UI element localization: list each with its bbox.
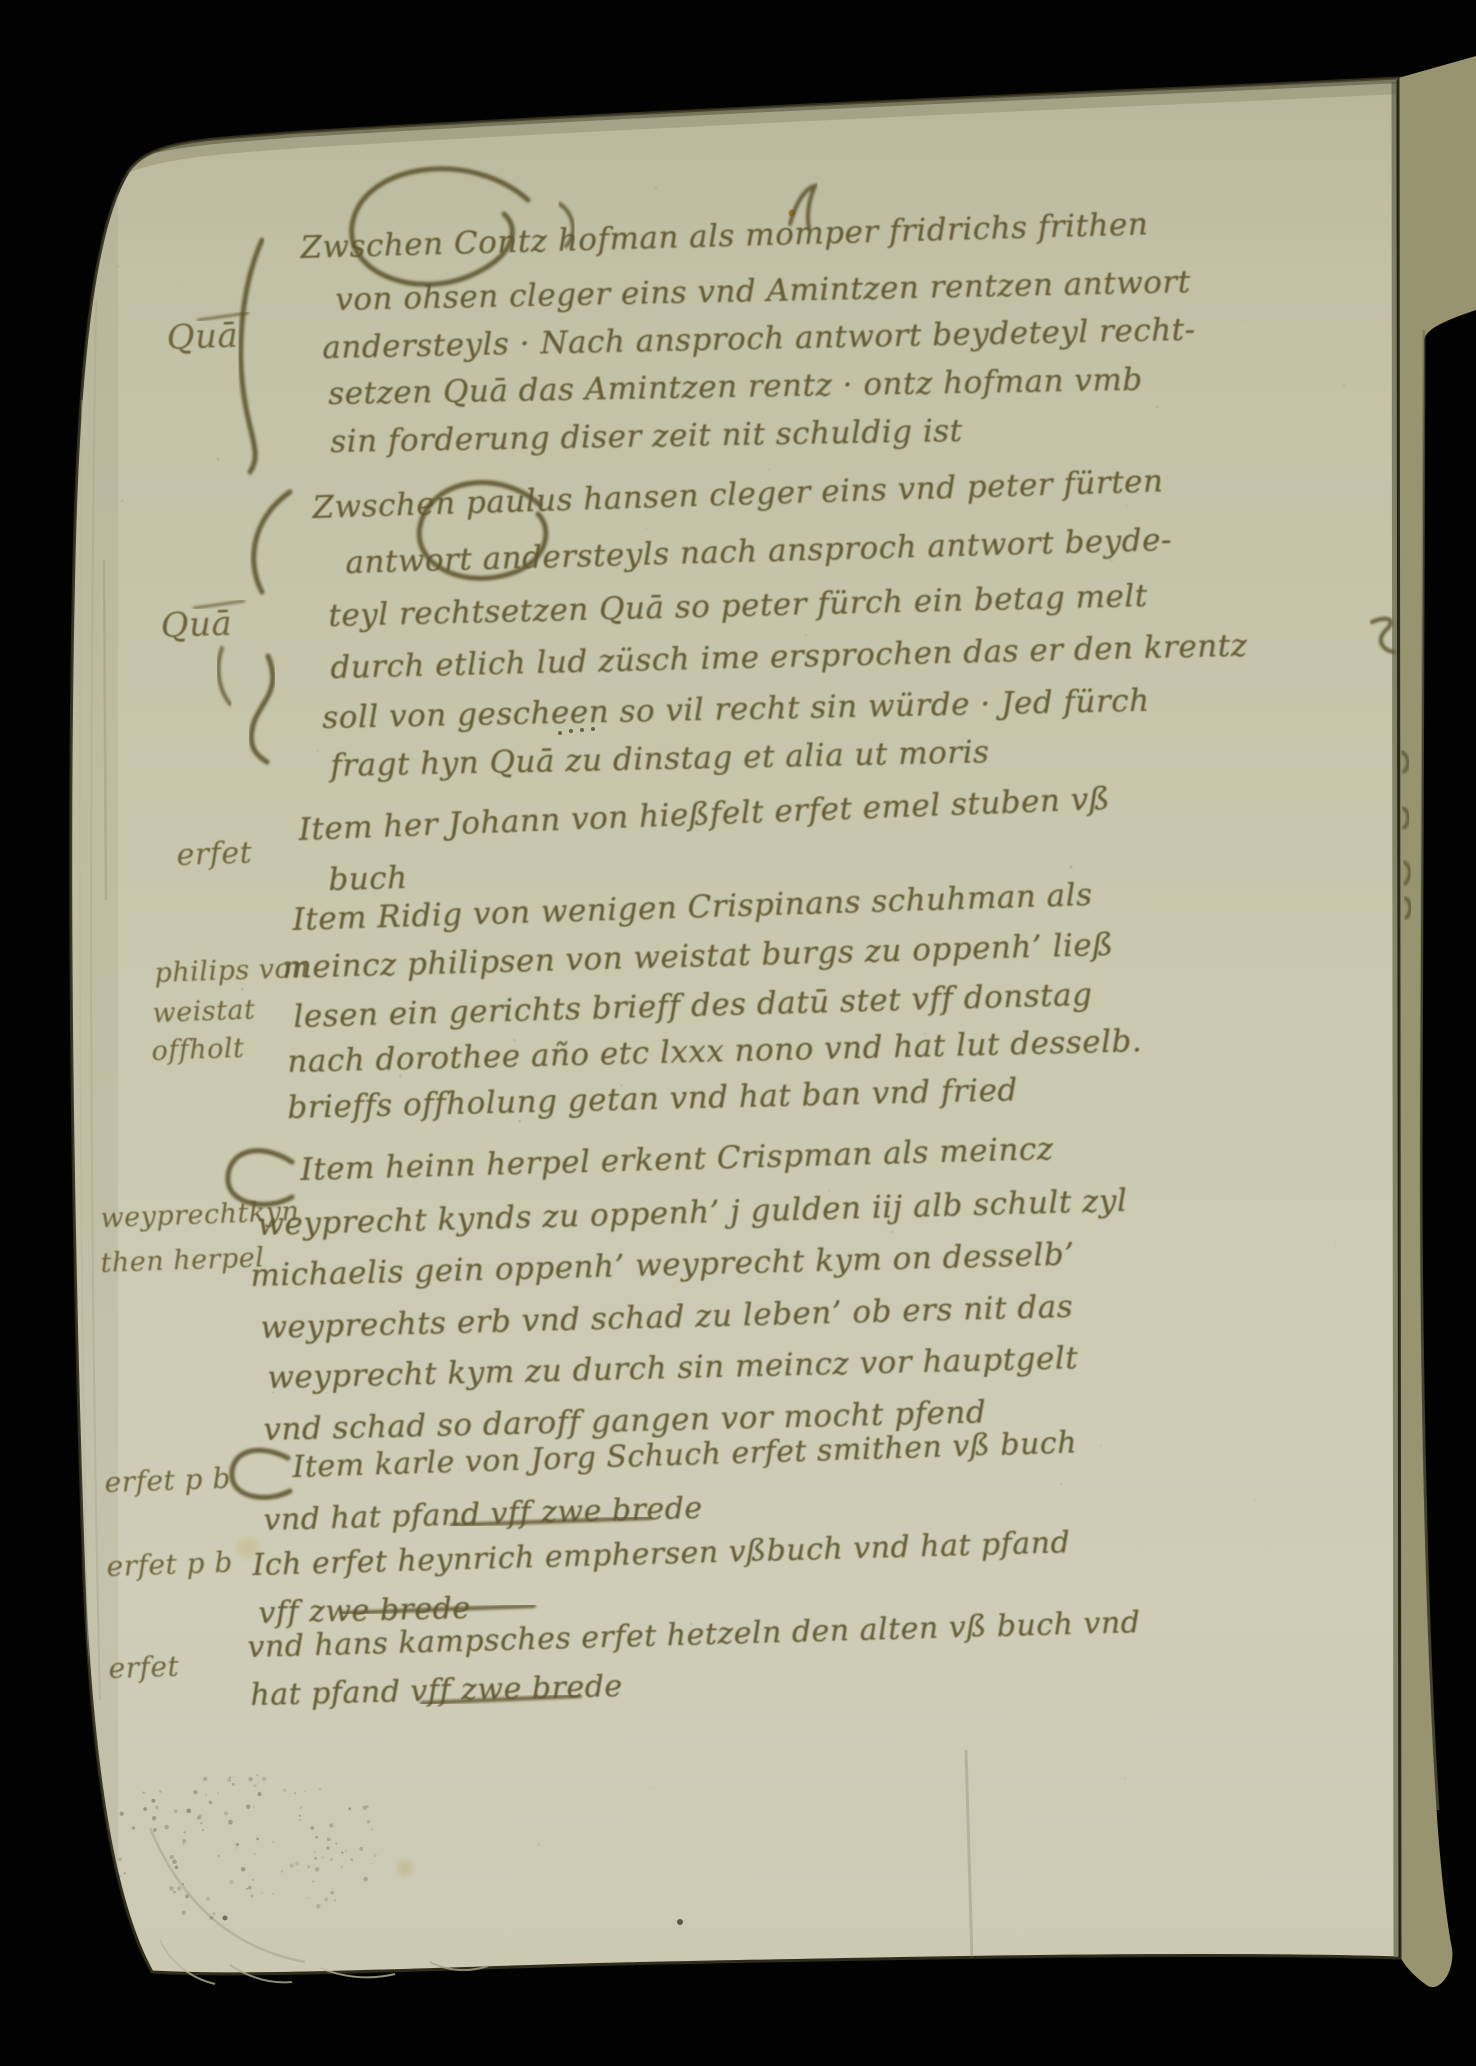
smudge-dot — [217, 1792, 219, 1794]
smudge-dot — [306, 1897, 308, 1899]
smudge-dot — [153, 1828, 157, 1832]
paper-speck — [1245, 320, 1246, 321]
paper-speck — [228, 1658, 230, 1660]
smudge-dot — [272, 1893, 274, 1895]
margin-note-entry-johann-hiessfelt: erfet — [176, 835, 253, 873]
paper-speck — [655, 187, 658, 190]
smudge-dot — [209, 1916, 213, 1920]
margin-note-entry-heynrich-emphersen: erfet p b — [106, 1546, 233, 1583]
smudge-dot — [335, 1843, 337, 1845]
margin-note-entry-philips-von-weistat: weistat — [152, 994, 256, 1029]
smudge-dot — [218, 1855, 220, 1857]
paper-speck — [891, 1230, 894, 1233]
smudge-dot — [363, 1877, 368, 1882]
smudge-dot — [256, 1838, 259, 1841]
smudge-dot — [206, 1897, 210, 1901]
paper-speck — [1124, 1778, 1126, 1780]
smudge-dot — [212, 1912, 215, 1915]
smudge-dot — [229, 1880, 233, 1884]
smudge-dot — [281, 1870, 284, 1873]
smudge-dot — [200, 1822, 202, 1824]
smudge-dot — [315, 1867, 320, 1872]
smudge-dot — [345, 1850, 347, 1852]
smudge-dot — [120, 1812, 124, 1816]
smudge-dot — [350, 1858, 353, 1861]
paper-speck — [538, 1843, 540, 1845]
smudge-dot — [257, 1792, 261, 1796]
paper-speck — [685, 1831, 686, 1832]
smudge-dot — [299, 1815, 301, 1817]
smudge-dot — [283, 1788, 287, 1792]
smudge-dot — [152, 1816, 157, 1821]
smudge-dot — [359, 1847, 363, 1851]
margin-note-entry-hans-kampsches: erfet — [108, 1650, 180, 1685]
smudge-dot — [248, 1886, 252, 1890]
smudge-dot — [170, 1855, 174, 1859]
paper-speck — [959, 252, 961, 254]
smudge-dot — [202, 1829, 204, 1831]
paper-speck — [316, 749, 319, 752]
margin-note-case-contz-hofman: Quā — [166, 316, 239, 358]
smudge-dot — [300, 1807, 302, 1809]
smudge-dot — [193, 1790, 197, 1794]
manuscript-photo: QuāZwschen Contz hofman als momper fridr… — [0, 0, 1476, 2066]
smudge-dot — [367, 1820, 371, 1824]
smudge-dot — [142, 1792, 144, 1794]
smudge-dot — [182, 1843, 184, 1845]
smudge-dot — [209, 1800, 213, 1804]
dark-speck — [223, 1916, 228, 1921]
smudge-dot — [253, 1784, 256, 1787]
smudge-dot — [232, 1783, 235, 1786]
smudge-dot — [182, 1883, 184, 1885]
smudge-dot — [174, 1810, 177, 1813]
paper-speck — [1060, 1483, 1062, 1485]
smudge-dot — [119, 1875, 121, 1877]
paper-speck — [1145, 1763, 1147, 1765]
smudge-dot — [203, 1777, 207, 1781]
stain-spot — [397, 1860, 413, 1876]
smudge-dot — [246, 1888, 248, 1890]
paper-speck — [1356, 465, 1357, 466]
smudge-dot — [315, 1836, 318, 1839]
smudge-dot — [371, 1829, 373, 1831]
paper-speck — [805, 634, 807, 636]
smudge-dot — [310, 1826, 314, 1830]
smudge-dot — [303, 1791, 305, 1793]
smudge-dot — [177, 1886, 182, 1891]
paper-speck — [506, 1777, 507, 1778]
smudge-dot — [295, 1861, 299, 1865]
smudge-dot — [198, 1814, 202, 1818]
smudge-dot — [330, 1891, 333, 1894]
paper-speck — [768, 469, 769, 470]
smudge-dot — [246, 1804, 251, 1809]
paper-speck — [1100, 1445, 1102, 1447]
smudge-dot — [236, 1843, 239, 1846]
smudge-dot — [256, 1775, 258, 1777]
paper-speck — [121, 499, 124, 502]
smudge-dot — [205, 1794, 207, 1796]
smudge-dot — [294, 1792, 296, 1794]
smudge-dot — [235, 1847, 237, 1849]
smudge-dot — [224, 1811, 228, 1815]
right-groove-light — [1394, 82, 1396, 1956]
dark-speck — [677, 1919, 683, 1925]
smudge-dot — [330, 1858, 333, 1861]
smudge-dot — [252, 1879, 254, 1881]
smudge-dot — [253, 1806, 255, 1808]
paper-speck — [968, 199, 969, 200]
paper-speck — [1255, 1500, 1257, 1502]
paper-speck — [98, 940, 99, 941]
paper-speck — [1229, 437, 1230, 438]
smudge-dot — [261, 1892, 263, 1894]
paper-speck — [1069, 865, 1072, 868]
smudge-dot — [314, 1857, 317, 1860]
paper-speck — [181, 281, 182, 282]
smudge-dot — [124, 1872, 126, 1874]
smudge-dot — [241, 1867, 245, 1871]
smudge-dot — [249, 1777, 253, 1781]
smudge-dot — [118, 1858, 122, 1862]
smudge-dot — [326, 1846, 329, 1849]
smudge-dot — [329, 1823, 333, 1827]
smudge-dot — [132, 1826, 135, 1829]
smudge-dot — [258, 1782, 260, 1784]
smudge-dot — [299, 1819, 301, 1821]
smudge-dot — [173, 1891, 176, 1894]
smudge-dot — [327, 1838, 331, 1842]
paper-speck — [1335, 1242, 1336, 1243]
smudge-dot — [169, 1886, 174, 1891]
smudge-dot — [341, 1852, 343, 1854]
smudge-dot — [182, 1911, 186, 1915]
smudge-dot — [324, 1898, 328, 1902]
smudge-dot — [182, 1839, 186, 1843]
smudge-dot — [312, 1881, 314, 1883]
manuscript-line-entry-johann-hiessfelt: buch — [328, 860, 408, 898]
smudge-dot — [172, 1859, 177, 1864]
smudge-dot — [164, 1825, 168, 1829]
paper-speck — [1343, 384, 1346, 387]
smudge-dot — [151, 1799, 155, 1803]
smudge-dot — [314, 1851, 316, 1853]
paper-speck — [125, 184, 127, 186]
smudge-dot — [184, 1831, 186, 1833]
smudge-dot — [159, 1790, 162, 1793]
smudge-dot — [348, 1807, 351, 1810]
smudge-dot — [290, 1864, 294, 1868]
margin-note-entry-herpel-weyprechtkyn: then herpel — [100, 1242, 265, 1279]
smudge-dot — [186, 1809, 191, 1814]
paper-speck — [117, 265, 119, 267]
paper-speck — [653, 1786, 655, 1788]
smudge-dot — [321, 1856, 324, 1859]
margin-note-entry-karle-jorg-schuch: erfet p b — [104, 1462, 231, 1499]
smudge-dot — [307, 1866, 310, 1869]
smudge-dot — [370, 1863, 372, 1865]
smudge-dot — [334, 1899, 336, 1901]
smudge-dot — [373, 1853, 376, 1856]
paper-speck — [1156, 405, 1159, 408]
smudge-dot — [185, 1894, 189, 1898]
smudge-dot — [319, 1788, 321, 1790]
paper-speck — [1126, 505, 1128, 507]
smudge-dot — [316, 1904, 321, 1909]
smudge-dot — [251, 1894, 254, 1897]
paper-speck — [241, 988, 244, 991]
smudge-dot — [227, 1778, 231, 1782]
paper-speck — [217, 458, 220, 461]
smudge-dot — [362, 1805, 367, 1810]
margin-note-case-paulus-hansen: Quā — [160, 604, 233, 646]
paper-speck — [972, 1851, 973, 1852]
smudge-dot — [143, 1807, 147, 1811]
punctuation-dot — [558, 731, 562, 735]
smudge-dot — [272, 1841, 274, 1843]
smudge-dot — [254, 1853, 256, 1855]
smudge-dot — [155, 1806, 158, 1809]
smudge-dot — [175, 1866, 177, 1868]
paper-speck — [646, 528, 647, 529]
smudge-dot — [228, 1820, 233, 1825]
smudge-dot — [340, 1866, 343, 1869]
smudge-dot — [108, 1826, 111, 1829]
margin-note-entry-philips-von-weistat: offholt — [151, 1033, 245, 1067]
smudge-dot — [262, 1777, 267, 1782]
